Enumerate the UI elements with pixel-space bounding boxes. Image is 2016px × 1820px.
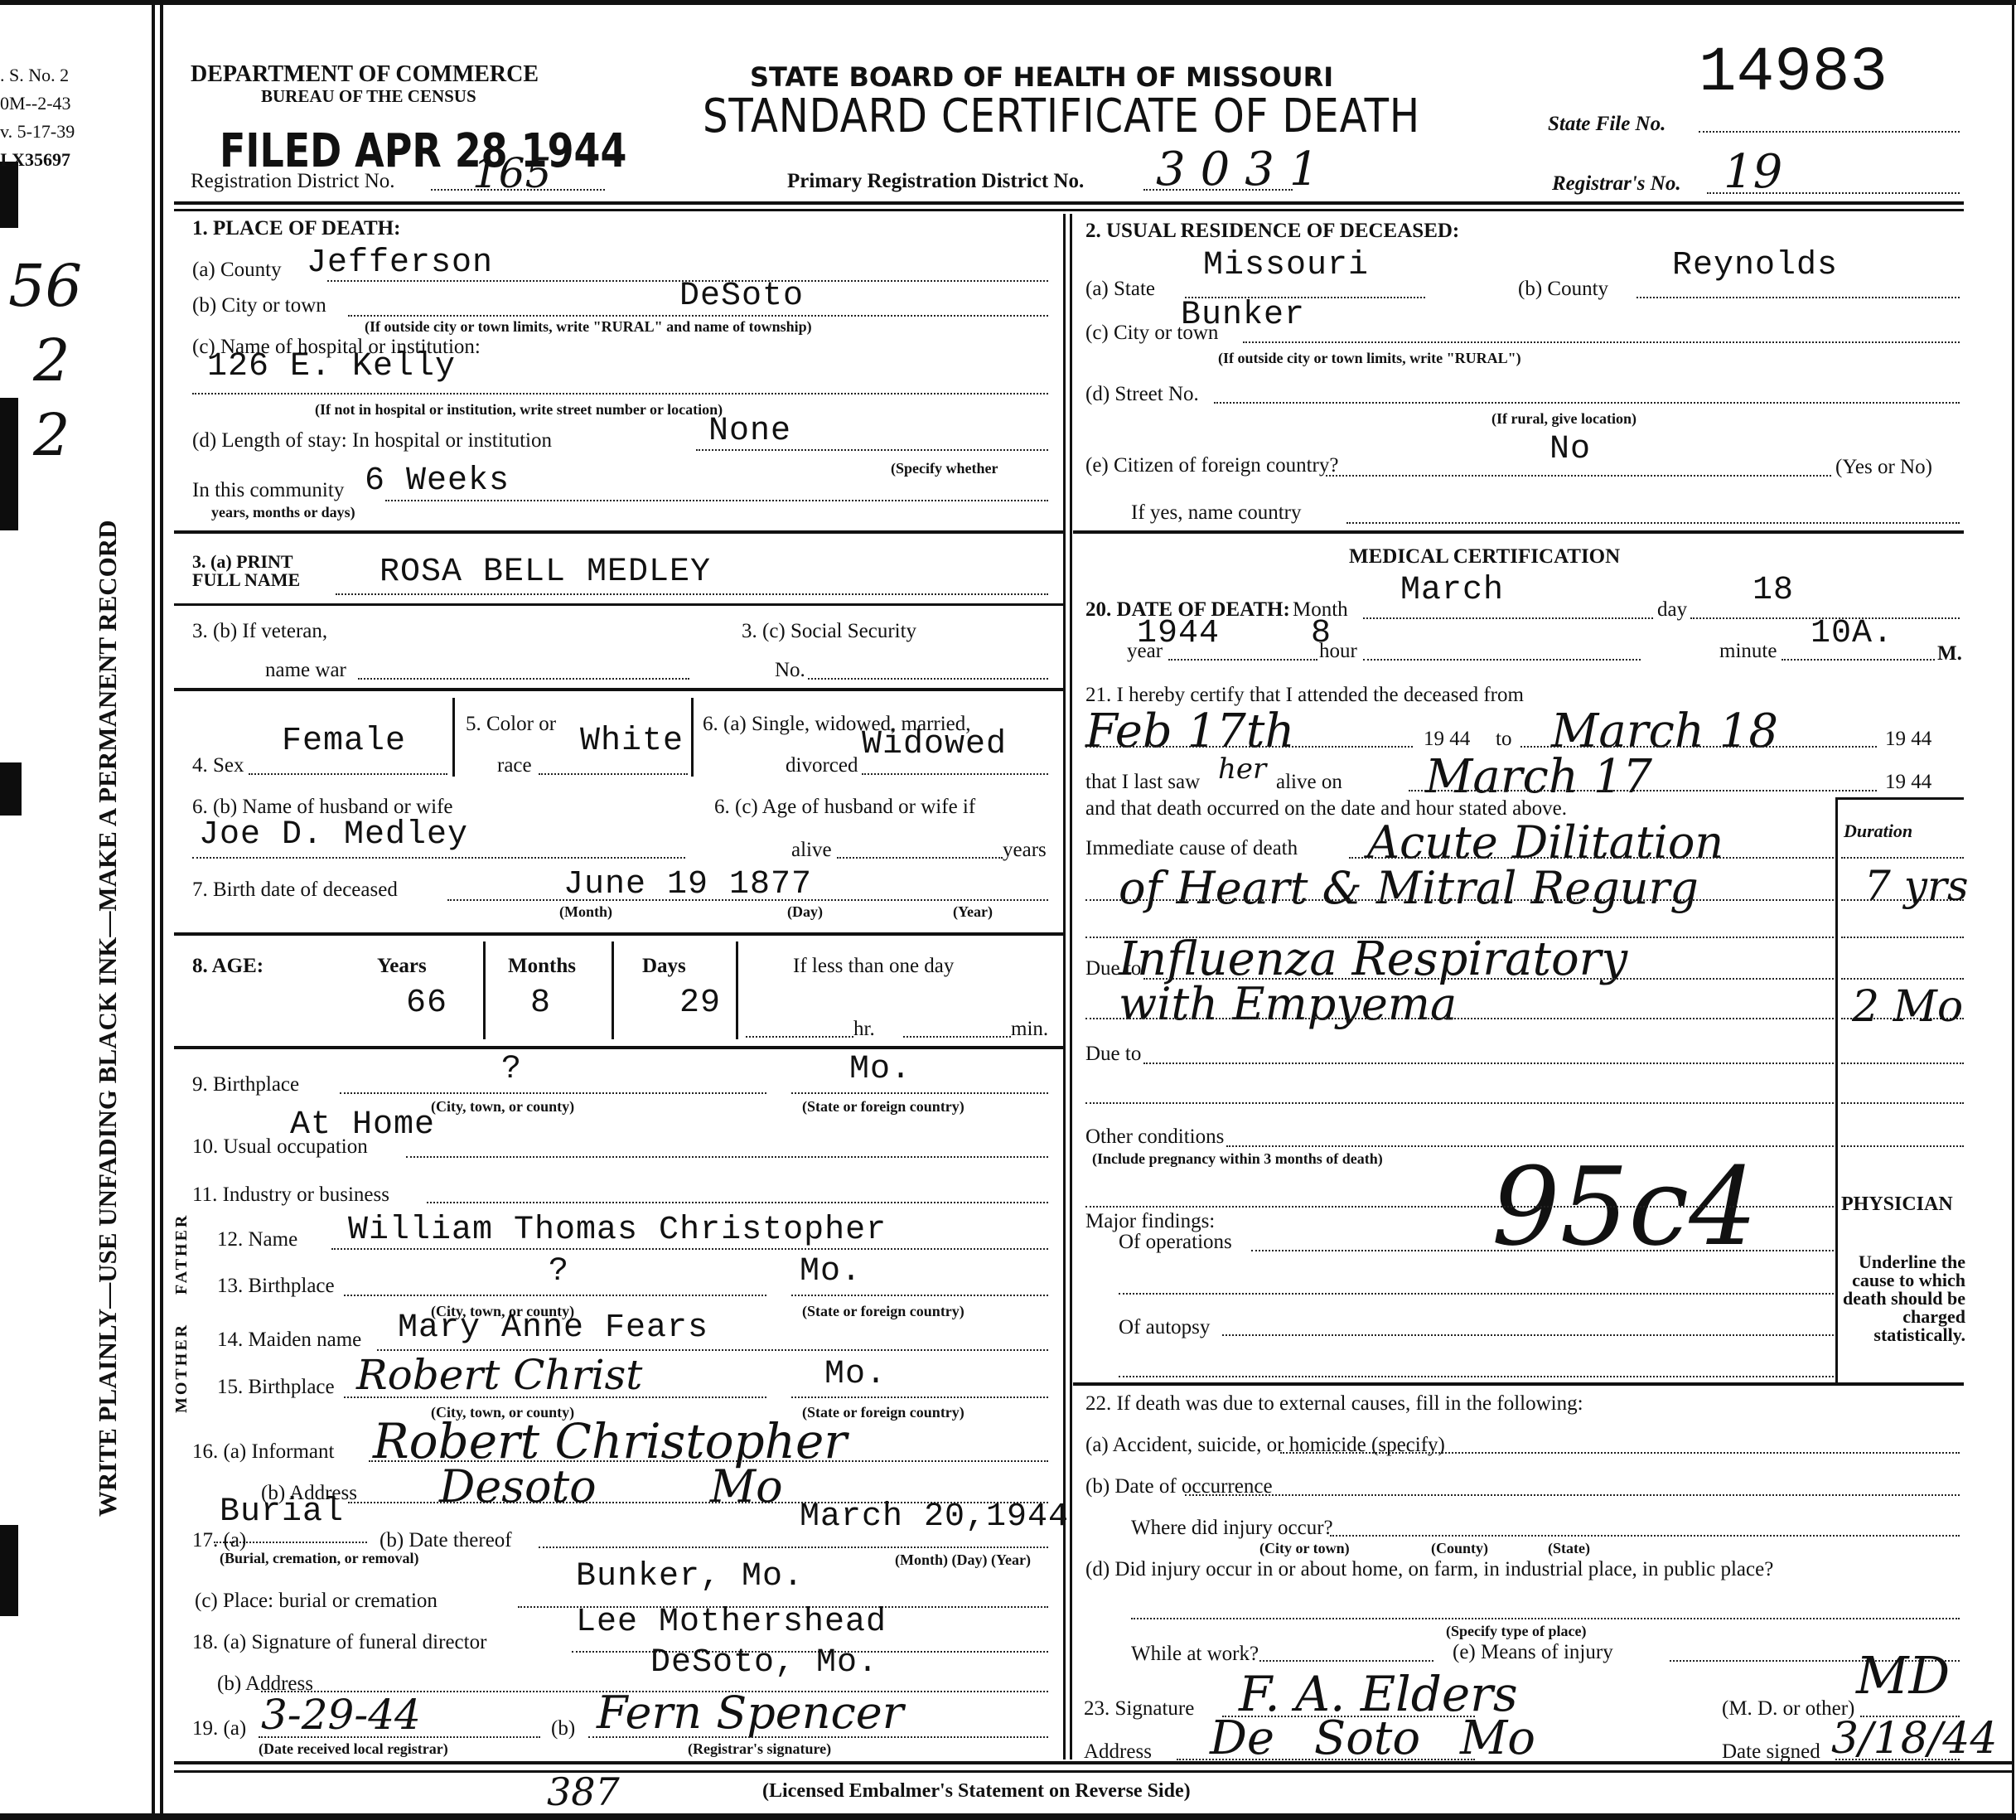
community-note: years, months or days) (211, 504, 355, 521)
marital-label-2: divorced (786, 754, 858, 777)
burial-type-note: (Burial, cremation, or removal) (220, 1550, 418, 1567)
dept-heading: DEPARTMENT OF COMMERCE (191, 61, 539, 88)
stay-specify-note: (Specify whether (891, 460, 998, 477)
due-to-duration: 2 Mo (1852, 982, 1963, 1032)
primary-district-label: Primary Registration District No. (787, 170, 1084, 193)
place-of-death-heading: 1. PLACE OF DEATH: (192, 217, 400, 240)
spouse-age-years-label: years (1003, 839, 1047, 862)
margin-handwritten-numbers: 5622 (8, 249, 82, 472)
death-city-label: (b) City or town (192, 294, 326, 317)
immediate-cause-duration: 7 yrs (1864, 862, 1969, 910)
birth-day-note: (Day) (787, 903, 823, 921)
residence-city-note: (If outside city or town limits, write "… (1218, 350, 1521, 367)
immediate-cause-label: Immediate cause of death (1085, 837, 1298, 860)
burial-date-label: (b) Date thereof (380, 1529, 512, 1552)
ss-no-label: No. (775, 659, 805, 682)
alive-on-label: alive on (1276, 771, 1342, 794)
while-at-work-label: While at work? (1131, 1643, 1259, 1666)
footer-note: (Licensed Embalmer's Statement on Revers… (762, 1780, 1191, 1803)
father-name-value: William Thomas Christopher (348, 1212, 887, 1249)
certify-text: 21. I hereby certify that I attended the… (1085, 684, 1524, 707)
age-days-label: Days (642, 955, 686, 978)
immediate-cause-line2: of Heart & Mitral Regurg (1119, 862, 1699, 914)
birth-date-value: June 19 1877 (563, 866, 812, 903)
death-county-label: (a) County (192, 259, 282, 282)
registrar-signature-note: (Registrar's signature) (688, 1740, 831, 1758)
death-city-note: (If outside city or town limits, write "… (365, 318, 812, 336)
ss-label: 3. (c) Social Security (742, 620, 916, 643)
last-saw-pronoun: her (1218, 753, 1266, 786)
margin-double-rule (160, 0, 163, 1820)
spouse-value: Joe D. Medley (199, 816, 468, 854)
race-label: race (497, 754, 532, 777)
hospital-note: (If not in hospital or institution, writ… (315, 401, 723, 419)
birthplace-label: 9. Birthplace (192, 1073, 299, 1096)
mother-birthplace-city: Robert Christ (356, 1351, 642, 1399)
external-c-note-city: (City or town) (1259, 1540, 1350, 1557)
physician-address-label: Address (1084, 1740, 1152, 1764)
bottom-rule (0, 1813, 2016, 1820)
father-state-note: (State or foreign country) (802, 1303, 964, 1320)
death-m-label: M. (1937, 642, 1962, 666)
registrar-date-label: 19. (a) (192, 1717, 246, 1740)
age-months-label: Months (508, 955, 576, 978)
citizen-label: (e) Citizen of foreign country? (1085, 454, 1338, 477)
footer-number: 387 (547, 1769, 620, 1814)
residence-county-label: (b) County (1518, 278, 1608, 301)
spouse-age-alive-label: alive (791, 839, 832, 862)
death-day-label: day (1657, 598, 1687, 622)
mother-side-label: MOTHER (172, 1323, 191, 1413)
autopsy-label: Of autopsy (1119, 1316, 1210, 1339)
header-rule (174, 201, 1964, 205)
full-name-label: 3. (a) PRINT FULL NAME (192, 553, 300, 589)
death-minute-value: 10A. (1811, 615, 1893, 652)
informant-address-value: Desoto Mo (439, 1460, 783, 1513)
medical-heading: MEDICAL CERTIFICATION (1349, 545, 1620, 569)
margin-scan-bar (0, 762, 22, 816)
death-city-value: DeSoto (679, 278, 804, 315)
form-code-line: I X35697 (0, 146, 75, 174)
full-name-value: ROSA BELL MEDLEY (380, 554, 711, 591)
form-code-block: . S. No. 2 0M--2-43 v. 5-17-39 I X35697 (0, 61, 75, 174)
last-saw-year: 19 44 (1885, 771, 1931, 794)
physician-note: Underline the cause to which death shoul… (1841, 1253, 1965, 1344)
age-label: 8. AGE: (192, 955, 263, 978)
top-rule (0, 0, 2016, 5)
registrar-value: 19 (1724, 145, 1782, 199)
death-hour-value: 8 (1311, 615, 1332, 652)
form-code-line: 0M--2-43 (0, 90, 75, 118)
veteran-war-label: name war (265, 659, 346, 682)
sex-label: 4. Sex (192, 754, 244, 777)
registration-district-value: 165 (472, 149, 551, 197)
mother-maiden-value: Mary Anne Fears (398, 1309, 708, 1347)
birthplace-city-note: (City, town, or county) (431, 1098, 574, 1116)
stay-hospital-value: None (708, 413, 791, 450)
stay-label: (d) Length of stay: In hospital or insti… (192, 429, 552, 453)
md-value: MD (1856, 1645, 1950, 1706)
age-years-value: 66 (406, 985, 447, 1022)
external-c-note-county: (County) (1431, 1540, 1488, 1557)
registrar-signature: Fern Spencer (597, 1687, 904, 1739)
funeral-director-address-value: DeSoto, Mo. (650, 1644, 878, 1682)
death-month-value: March (1400, 572, 1504, 609)
burial-date-value: March 20,1944 (800, 1498, 1069, 1536)
immediate-cause-line1: Acute Dilitation (1367, 816, 1724, 869)
birthplace-city-value: ? (501, 1051, 522, 1088)
registrar-signature-label: (b) (551, 1717, 575, 1740)
industry-label: 11. Industry or business (192, 1183, 389, 1207)
attended-from: Feb 17th (1085, 704, 1294, 758)
certificate-title: STANDARD CERTIFICATE OF DEATH (703, 90, 1420, 143)
duration-label: Duration (1844, 820, 1912, 842)
father-birthplace-state: Mo. (800, 1253, 862, 1290)
residence-street-note: (If rural, give location) (1491, 410, 1636, 428)
signature-label: 23. Signature (1084, 1697, 1194, 1721)
means-of-injury-label: (e) Means of injury (1453, 1641, 1613, 1664)
registrar-date-value: 3-29-44 (261, 1691, 421, 1739)
last-saw-label: that I last saw (1085, 771, 1200, 794)
residence-state-label: (a) State (1085, 278, 1155, 301)
birthplace-state-note: (State or foreign country) (802, 1098, 964, 1116)
primary-district-value: 3031 (1156, 143, 1334, 196)
external-d-note: (Specify type of place) (1446, 1623, 1586, 1640)
mother-maiden-label: 14. Maiden name (217, 1329, 361, 1352)
father-side-label: FATHER (172, 1213, 191, 1295)
form-code-line: . S. No. 2 (0, 61, 75, 90)
age-hr-label: hr. (853, 1018, 875, 1041)
other-conditions-label: Other conditions (1085, 1125, 1224, 1149)
spouse-label: 6. (b) Name of husband or wife (192, 796, 453, 819)
sex-value: Female (282, 723, 406, 760)
residence-city-value: Bunker (1181, 297, 1305, 334)
funeral-director-label: 18. (a) Signature of funeral director (192, 1631, 486, 1654)
header-rule (174, 209, 1964, 211)
residence-street-label: (d) Street No. (1085, 383, 1199, 406)
bureau-heading: BUREAU OF THE CENSUS (261, 86, 476, 107)
attended-from-year: 19 44 (1424, 728, 1470, 751)
burial-date-note: (Month) (Day) (Year) (895, 1551, 1031, 1569)
center-divider (1070, 214, 1072, 1759)
external-c-note-state: (State) (1548, 1540, 1590, 1557)
birth-month-note: (Month) (559, 903, 612, 921)
burial-type-value: Burial (220, 1493, 344, 1531)
date-signed-value: 3/18/44 (1831, 1714, 1997, 1764)
burial-place-label: (c) Place: burial or cremation (195, 1590, 438, 1613)
citizen-value: No (1549, 431, 1591, 468)
other-conditions-note: (Include pregnancy within 3 months of de… (1092, 1150, 1383, 1168)
attended-to-year: 19 44 (1885, 728, 1931, 751)
margin-double-rule (152, 0, 155, 1820)
death-day-value: 18 (1753, 572, 1794, 609)
informant-label: 16. (a) Informant (192, 1440, 334, 1464)
country-label: If yes, name country (1131, 501, 1301, 525)
marital-value: Widowed (862, 726, 1007, 763)
mother-birthplace-label: 15. Birthplace (217, 1376, 335, 1399)
major-findings-label: Major findings: (1085, 1210, 1215, 1233)
form-code-line: v. 5-17-39 (0, 118, 75, 146)
state-file-number: 14983 (1699, 37, 1888, 109)
registration-district-label: Registration District No. (191, 170, 395, 193)
residence-state-value: Missouri (1203, 247, 1369, 284)
death-minute-label: minute (1719, 640, 1777, 663)
father-birthplace-label: 13. Birthplace (217, 1275, 335, 1298)
due-to2-label: Due to (1085, 1043, 1141, 1066)
veteran-label: 3. (b) If veteran, (192, 620, 327, 643)
death-county-value: Jefferson (307, 244, 493, 282)
age-min-label: min. (1011, 1018, 1048, 1041)
burial-type-label: 17. (a) (192, 1529, 246, 1552)
operations-label: Of operations (1119, 1231, 1232, 1254)
community-value: 6 Weeks (365, 462, 510, 500)
burial-place-value: Bunker, Mo. (576, 1558, 804, 1595)
spouse-age-label: 6. (c) Age of husband or wife if (714, 796, 975, 819)
external-d-label: (d) Did injury occur in or about home, o… (1085, 1558, 1773, 1581)
mother-birthplace-state: Mo. (824, 1356, 887, 1393)
margin-instruction: WRITE PLAINLY—USE UNFADING BLACK INK—MAK… (93, 520, 123, 1517)
age-less-label: If less than one day (793, 955, 954, 978)
birthplace-state-value: Mo. (849, 1051, 911, 1088)
birth-year-note: (Year) (953, 903, 993, 921)
physician-heading: PHYSICIAN (1841, 1193, 1953, 1216)
due-to-line2: with Empyema (1119, 978, 1457, 1030)
citizen-note: (Yes or No) (1835, 456, 1932, 479)
state-file-label: State File No. (1548, 113, 1665, 136)
funeral-director-value: Lee Mothershead (576, 1604, 887, 1641)
birth-date-label: 7. Birth date of deceased (192, 879, 398, 902)
margin-scan-bar (0, 1525, 18, 1616)
age-years-label: Years (377, 955, 427, 978)
community-label: In this community (192, 479, 344, 502)
father-name-label: 12. Name (217, 1228, 297, 1251)
residence-county-value: Reynolds (1672, 247, 1838, 284)
board-heading: STATE BOARD OF HEALTH OF MISSOURI (750, 61, 1333, 93)
registrar-date-note: (Date received local registrar) (259, 1740, 448, 1758)
occupation-value: At Home (290, 1106, 435, 1144)
attended-to-label: to (1496, 728, 1511, 751)
color-label: 5. Color or (466, 713, 556, 736)
external-heading: 22. If death was due to external causes,… (1085, 1392, 1583, 1416)
hospital-value: 126 E. Kelly (207, 348, 456, 385)
residence-heading: 2. USUAL RESIDENCE OF DECEASED: (1085, 220, 1459, 243)
age-months-value: 8 (530, 985, 551, 1022)
race-value: White (580, 723, 684, 760)
registrar-label: Registrar's No. (1552, 172, 1681, 196)
duration-column-rule (1835, 797, 1838, 1386)
last-saw-date: March 17 (1425, 750, 1652, 804)
physician-address-value: De Soto Mo (1210, 1711, 1535, 1765)
right-edge (2012, 0, 2014, 1820)
death-year-value: 1944 (1137, 615, 1220, 652)
external-c-label: Where did injury occur? (1131, 1517, 1333, 1540)
age-days-value: 29 (679, 985, 721, 1022)
date-signed-label: Date signed (1722, 1740, 1820, 1764)
father-birthplace-city: ? (549, 1253, 569, 1290)
